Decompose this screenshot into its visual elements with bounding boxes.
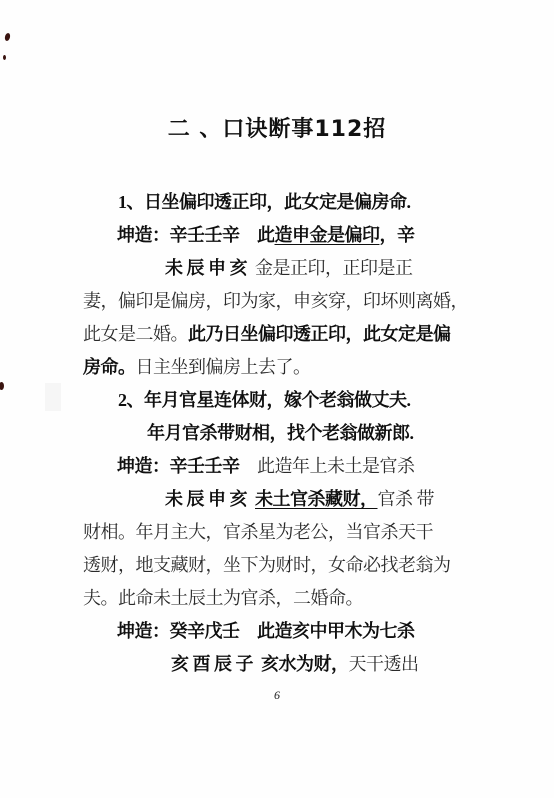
text-line: 未 辰 申 亥 金是正印，正印是正 — [165, 252, 483, 285]
text-segment: ，辛 — [380, 225, 415, 245]
text-segment: 房命。 — [83, 357, 136, 377]
text-line: 坤造：辛壬壬辛 此造申金是偏印，辛 — [117, 219, 483, 252]
text-line: 1、日坐偏印透正印，此女定是偏房命. — [118, 186, 483, 219]
text-line: 年月官杀带财相，找个老翁做新郎. — [147, 417, 483, 450]
text-segment: 未 辰 申 亥 — [165, 258, 247, 278]
text-segment: 此乃日坐偏印透正印，此女定是偏 — [188, 324, 451, 344]
text-block: 1、日坐偏印透正印，此女定是偏房命.坤造：辛壬壬辛 此造申金是偏印，辛未 辰 申… — [83, 186, 483, 681]
text-line: 此女是二婚。此乃日坐偏印透正印，此女定是偏 — [83, 318, 483, 351]
text-line: 透财，地支藏财，坐下为财时，女命必找老翁为 — [83, 549, 483, 582]
text-segment: 透财，地支藏财，坐下为财时，女命必找老翁为 — [83, 555, 451, 575]
text-line: 财相。年月主大，官杀星为老公，当官杀天干 — [83, 516, 483, 549]
text-line: 亥 酉 辰 子 亥水为财，天干透出 — [171, 648, 483, 681]
text-segment: 天干透出 — [349, 654, 419, 674]
text-segment: 此造年上未土是官杀 — [240, 456, 415, 476]
text-segment: 坤造：辛壬壬辛 — [117, 456, 240, 476]
text-segment: 此女是二婚。 — [83, 324, 188, 344]
text-line: 2、年月官星连体财，嫁个老翁做丈夫. — [118, 384, 483, 417]
text-segment: 金是正印，正印是正 — [247, 258, 413, 278]
text-segment: 日主坐到偏房上去了。 — [136, 357, 311, 377]
text-line: 未 辰 申 亥 未土官杀藏财，官杀 带 — [165, 483, 483, 516]
scan-smudge — [45, 383, 61, 411]
text-segment: 亥 酉 辰 子 亥水为财， — [171, 654, 349, 674]
text-segment: 官杀 带 — [378, 489, 435, 509]
text-segment: 夫。此命未土辰土为官杀，二婚命。 — [83, 588, 363, 608]
text-segment: 未土官杀藏财， — [255, 489, 378, 509]
scan-speck — [3, 55, 6, 60]
text-line: 妻，偏印是偏房，印为家，申亥穿，印坏则离婚， — [83, 285, 483, 318]
text-segment: 年月官杀带财相，找个老翁做新郎. — [147, 423, 414, 443]
text-segment: 造申金是偏印 — [275, 225, 380, 245]
text-segment: 1、日坐偏印透正印，此女定是偏房命. — [118, 192, 411, 212]
text-line: 夫。此命未土辰土为官杀，二婚命。 — [83, 582, 483, 615]
scan-speck — [0, 382, 4, 390]
text-segment: 未 辰 申 亥 — [165, 489, 255, 509]
text-segment: 妻，偏印是偏房，印为家，申亥穿，印坏则离婚， — [83, 291, 468, 311]
text-segment: 坤造：辛壬壬辛 此 — [117, 225, 275, 245]
document-page: 二 、口诀断事112招 1、日坐偏印透正印，此女定是偏房命.坤造：辛壬壬辛 此造… — [0, 0, 554, 798]
text-segment: 财相。年月主大，官杀星为老公，当官杀天干 — [83, 522, 433, 542]
text-line: 坤造：辛壬壬辛 此造年上未土是官杀 — [117, 450, 483, 483]
scan-speck — [4, 32, 11, 41]
page-number: 6 — [0, 688, 554, 703]
text-line: 房命。日主坐到偏房上去了。 — [83, 351, 483, 384]
page-title: 二 、口诀断事112招 — [0, 112, 554, 143]
text-segment: 坤造：癸辛戊壬 此造亥中甲木为七杀 — [117, 621, 415, 641]
text-line: 坤造：癸辛戊壬 此造亥中甲木为七杀 — [117, 615, 483, 648]
text-segment: 2、年月官星连体财，嫁个老翁做丈夫. — [118, 390, 411, 410]
